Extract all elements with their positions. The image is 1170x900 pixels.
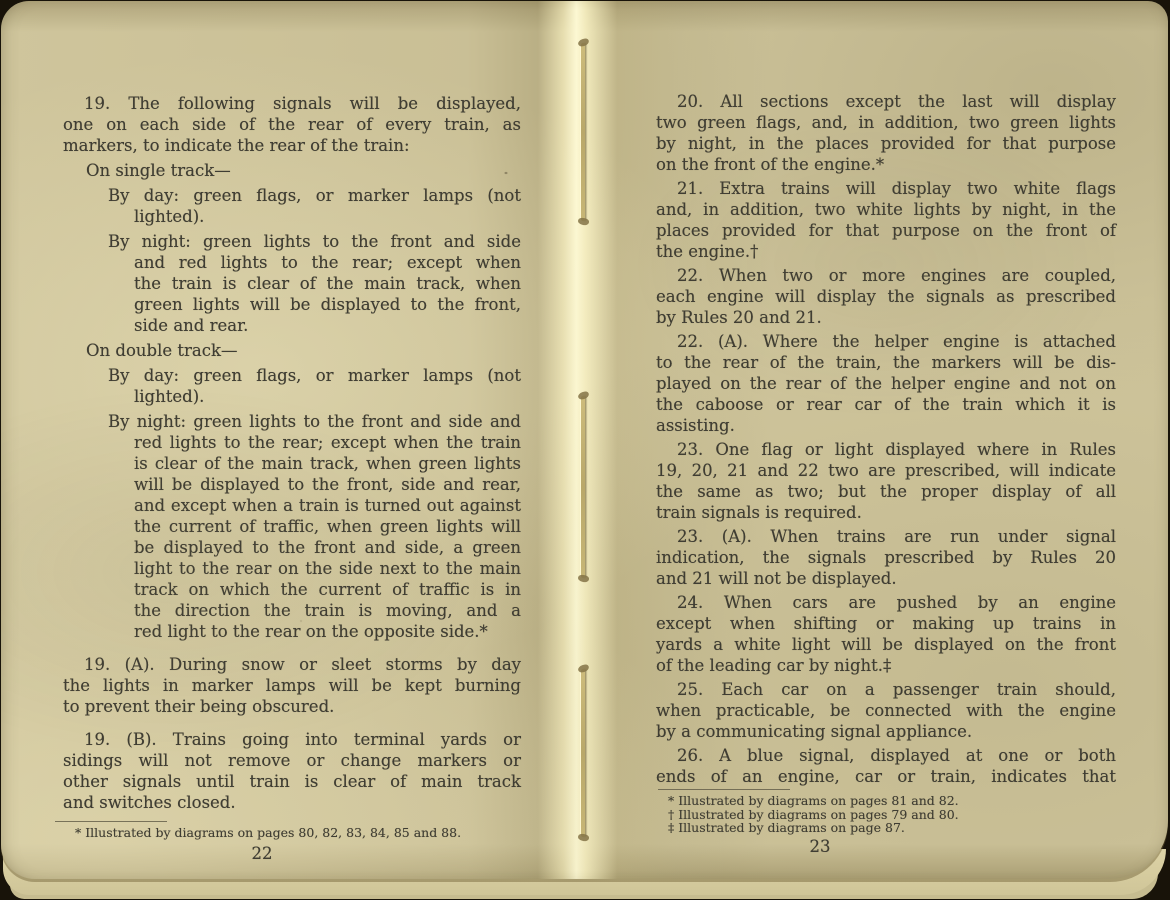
text-line: on the front of the engine.* — [656, 154, 1116, 175]
text-line: red lights to the rear; except when the … — [63, 432, 521, 453]
text-line: sidings will not remove or change marker… — [63, 750, 521, 771]
paragraph: 22. When two or more engines are coupled… — [656, 265, 1116, 328]
text-line: 23. One flag or light displayed where in… — [656, 439, 1116, 460]
text-line: the caboose or rear car of the train whi… — [656, 394, 1116, 415]
text-line: On single track— — [63, 160, 521, 181]
text-line: lighted). — [63, 206, 521, 227]
paragraph: By night: green lights to the front and … — [63, 411, 521, 642]
text-line: light to the rear on the side next to th… — [63, 558, 521, 579]
text-line: 24. When cars are pushed by an engine — [656, 592, 1116, 613]
paragraph: 19. (A). During snow or sleet storms by … — [63, 654, 521, 717]
text-line: markers, to indicate the rear of the tra… — [63, 135, 521, 156]
paragraph: 21. Extra trains will display two white … — [656, 178, 1116, 262]
paragraph: 24. When cars are pushed by an engineexc… — [656, 592, 1116, 676]
paragraph: On double track— — [63, 340, 521, 361]
text-line: 26. A blue signal, displayed at one or b… — [656, 745, 1116, 766]
page-number: 22 — [33, 844, 491, 863]
right-page: 20. All sections except the last will di… — [656, 1, 1116, 879]
paragraph: 26. A blue signal, displayed at one or b… — [656, 745, 1116, 787]
right-footnote-block: * Illustrated by diagrams on pages 81 an… — [656, 789, 1116, 835]
text-line: by Rules 20 and 21. — [656, 307, 1116, 328]
paragraph: By day: green flags, or marker lamps (no… — [63, 185, 521, 227]
book-photo: 19. The following signals will be displa… — [0, 0, 1170, 900]
text-line: 22. (A). Where the helper engine is atta… — [656, 331, 1116, 352]
book-spread: 19. The following signals will be displa… — [1, 1, 1168, 879]
footnote-rule — [55, 821, 167, 822]
text-line: played on the rear of the helper engine … — [656, 373, 1116, 394]
paragraph: 23. One flag or light displayed where in… — [656, 439, 1116, 523]
paragraph: By day: green flags, or marker lamps (no… — [63, 365, 521, 407]
text-line: to the rear of the train, the markers wi… — [656, 352, 1116, 373]
text-line: By day: green flags, or marker lamps (no… — [63, 365, 521, 386]
text-line: and switches closed. — [63, 792, 521, 813]
text-line: lighted). — [63, 386, 521, 407]
left-footnote-block: * Illustrated by diagrams on pages 80, 8… — [63, 821, 521, 840]
text-line: each engine will display the signals as … — [656, 286, 1116, 307]
left-page: 19. The following signals will be displa… — [63, 1, 521, 879]
text-line: side and rear. — [63, 315, 521, 336]
footnote-lines: * Illustrated by diagrams on pages 81 an… — [656, 794, 1116, 835]
text-line: yards a white light will be displayed on… — [656, 634, 1116, 655]
page-number: 23 — [590, 837, 1050, 856]
text-line: of the leading car by night.‡ — [656, 655, 1116, 676]
text-line: and, in addition, two white lights by ni… — [656, 199, 1116, 220]
text-line: and except when a train is turned out ag… — [63, 495, 521, 516]
text-line: the lights in marker lamps will be kept … — [63, 675, 521, 696]
footnote-line: * Illustrated by diagrams on pages 81 an… — [656, 794, 1116, 808]
paragraph: By night: green lights to the front and … — [63, 231, 521, 336]
binding-stitch — [581, 43, 585, 221]
text-line: two green flags, and, in addition, two g… — [656, 112, 1116, 133]
text-line: indication, the signals prescribed by Ru… — [656, 547, 1116, 568]
binding-stitch — [581, 396, 585, 578]
paragraph: 20. All sections except the last will di… — [656, 91, 1116, 175]
text-line: be displayed to the front and side, a gr… — [63, 537, 521, 558]
text-line: one on each side of the rear of every tr… — [63, 114, 521, 135]
left-page-body: 19. The following signals will be displa… — [63, 93, 521, 813]
text-line: red light to the rear on the opposite si… — [63, 621, 521, 642]
text-line: and 21 will not be displayed. — [656, 568, 1116, 589]
text-line: By night: green lights to the front and … — [63, 411, 521, 432]
text-line: 23. (A). When trains are run under signa… — [656, 526, 1116, 547]
text-line: green lights will be displayed to the fr… — [63, 294, 521, 315]
paragraph: 25. Each car on a passenger train should… — [656, 679, 1116, 742]
paragraph: On single track— — [63, 160, 521, 181]
text-line: the direction the train is moving, and a — [63, 600, 521, 621]
right-page-body: 20. All sections except the last will di… — [656, 91, 1116, 787]
text-line: except when shifting or making up trains… — [656, 613, 1116, 634]
text-line: to prevent their being obscured. — [63, 696, 521, 717]
paragraph: 19. (B). Trains going into terminal yard… — [63, 729, 521, 813]
paragraph: 22. (A). Where the helper engine is atta… — [656, 331, 1116, 436]
text-line: when practicable, be connected with the … — [656, 700, 1116, 721]
text-line: 22. When two or more engines are coupled… — [656, 265, 1116, 286]
text-line: On double track— — [63, 340, 521, 361]
text-line: By day: green flags, or marker lamps (no… — [63, 185, 521, 206]
text-line: 19. (B). Trains going into terminal yard… — [63, 729, 521, 750]
footnote-line: * Illustrated by diagrams on pages 80, 8… — [63, 826, 521, 840]
text-line: the current of traffic, when green light… — [63, 516, 521, 537]
paragraph: 23. (A). When trains are run under signa… — [656, 526, 1116, 589]
footnote-lines: * Illustrated by diagrams on pages 80, 8… — [63, 826, 521, 840]
text-line: will be displayed to the front, side and… — [63, 474, 521, 495]
text-line: train signals is required. — [656, 502, 1116, 523]
text-line: places provided for that purpose on the … — [656, 220, 1116, 241]
text-line: 19. (A). During snow or sleet storms by … — [63, 654, 521, 675]
text-line: the same as two; but the proper display … — [656, 481, 1116, 502]
text-line: track on which the current of traffic is… — [63, 579, 521, 600]
text-line: By night: green lights to the front and … — [63, 231, 521, 252]
text-line: ends of an engine, car or train, indicat… — [656, 766, 1116, 787]
binding-stitch — [581, 669, 585, 837]
text-line: the engine.† — [656, 241, 1116, 262]
text-line: assisting. — [656, 415, 1116, 436]
text-line: by night, in the places provided for tha… — [656, 133, 1116, 154]
footnote-rule — [658, 789, 790, 790]
text-line: 25. Each car on a passenger train should… — [656, 679, 1116, 700]
footnote-line: † Illustrated by diagrams on pages 79 an… — [656, 808, 1116, 822]
text-line: other signals until train is clear of ma… — [63, 771, 521, 792]
footnote-line: ‡ Illustrated by diagrams on page 87. — [656, 821, 1116, 835]
text-line: 20. All sections except the last will di… — [656, 91, 1116, 112]
paragraph: 19. The following signals will be displa… — [63, 93, 521, 156]
text-line: 19, 20, 21 and 22 two are prescribed, wi… — [656, 460, 1116, 481]
text-line: by a communicating signal appliance. — [656, 721, 1116, 742]
text-line: 19. The following signals will be displa… — [63, 93, 521, 114]
text-line: and red lights to the rear; except when — [63, 252, 521, 273]
text-line: the train is clear of the main track, wh… — [63, 273, 521, 294]
text-line: 21. Extra trains will display two white … — [656, 178, 1116, 199]
text-line: is clear of the main track, when green l… — [63, 453, 521, 474]
